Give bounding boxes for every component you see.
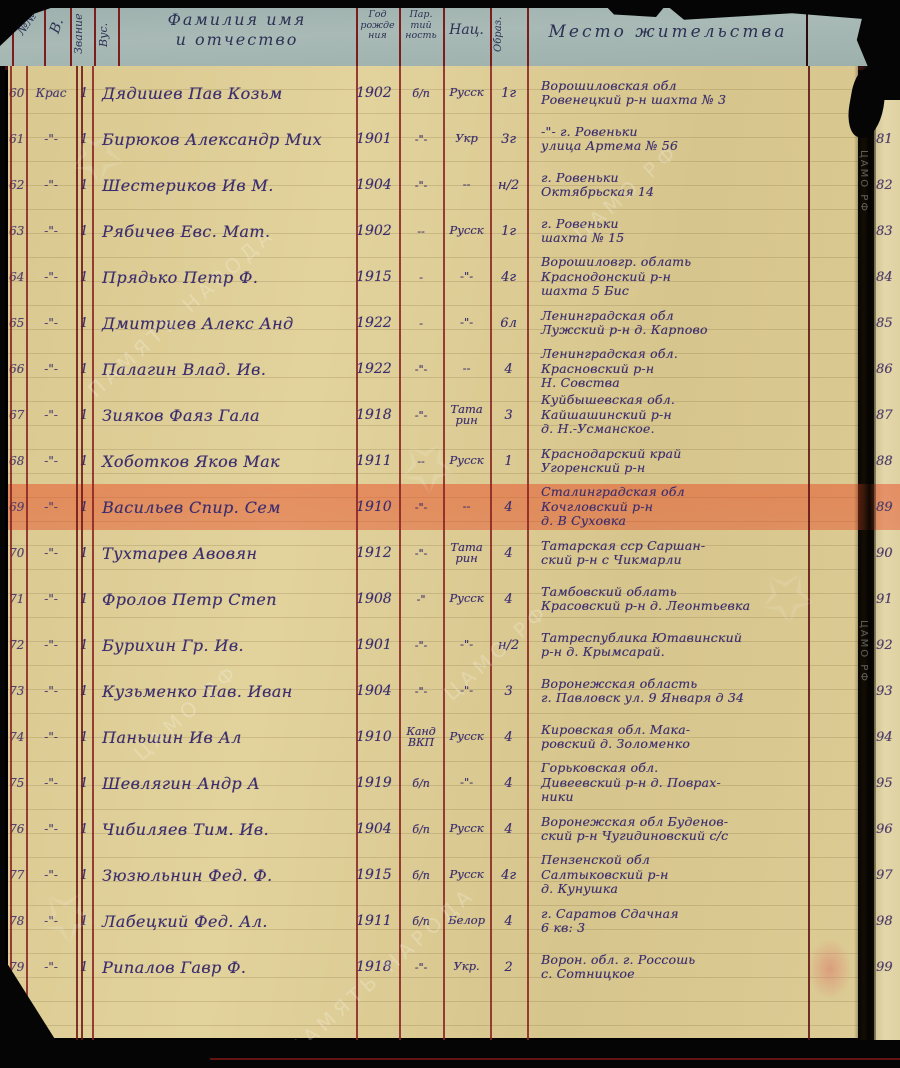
table-row: 61-"-1Бирюков Александр Мих1901-"-Укр3г-… — [8, 116, 900, 162]
cell-mark: -"- — [26, 500, 76, 514]
cell-edu: 4 — [490, 546, 527, 561]
cell-party: -"- — [399, 962, 443, 973]
cell-name: Рипалов Гавр Ф. — [92, 958, 356, 977]
cell-num: 78 — [8, 914, 26, 928]
cell-count: 1 — [76, 822, 92, 837]
cell-party: -"- — [399, 134, 443, 145]
cell-mark: Крас — [26, 86, 76, 100]
cell-nat: Тата рин — [443, 404, 490, 427]
cell-name: Тухтарев Авовян — [92, 544, 356, 563]
cell-year: 1922 — [356, 361, 399, 377]
cell-rnum: 92 — [876, 638, 900, 653]
cell-edu: 4г — [490, 868, 527, 883]
cell-num: 70 — [8, 546, 26, 560]
cell-mark: -"- — [26, 316, 76, 330]
cell-party: б/п — [399, 88, 443, 99]
cell-nat: Русск — [443, 225, 490, 237]
cell-year: 1911 — [356, 913, 399, 929]
cell-edu: 4 — [490, 822, 527, 837]
cell-res: Сталинградская обл Кочгловский р-н д. В … — [527, 485, 808, 529]
cell-year: 1908 — [356, 591, 399, 607]
cell-party: -"- — [399, 180, 443, 191]
cell-edu: 4 — [490, 592, 527, 607]
table-row: 67-"-1Зияков Фаяз Гала1918-"-Тата рин3Ку… — [8, 392, 900, 438]
cell-rnum: 90 — [876, 546, 900, 561]
cell-count: 1 — [76, 546, 92, 561]
cell-res: Краснодарский край Угоренский р-н — [527, 447, 808, 476]
cell-res: Куйбышевская обл. Кайшашинский р-н д. Н.… — [527, 393, 808, 437]
cell-mark: -"- — [26, 960, 76, 974]
cell-party: - — [399, 318, 443, 329]
cell-nat: Русск — [443, 455, 490, 467]
cell-rnum: 88 — [876, 454, 900, 469]
cell-nat: Русск — [443, 593, 490, 605]
cell-party: -"- — [399, 502, 443, 513]
cell-num: 62 — [8, 178, 26, 192]
cell-mark: -"- — [26, 132, 76, 146]
table-row: 78-"-1Лабецкий Фед. Ал.1911б/пБелор4г. С… — [8, 898, 900, 944]
header-col-nationality: Нац. — [444, 22, 489, 38]
cell-mark: -"- — [26, 868, 76, 882]
cell-edu: 6л — [490, 316, 527, 331]
cell-mark: -"- — [26, 638, 76, 652]
cell-count: 1 — [76, 914, 92, 929]
cell-count: 1 — [76, 224, 92, 239]
cell-count: 1 — [76, 270, 92, 285]
cell-name: Васильев Спир. Сем — [92, 498, 356, 517]
cell-name: Паньшин Ив Ал — [92, 728, 356, 747]
table-row: 75-"-1Шевлягин Андр А1919б/п-"-4Горьковс… — [8, 760, 900, 806]
cell-res: Ворошиловская обл Ровенецкий р-н шахта №… — [527, 79, 808, 108]
header-col-rank: Звание — [72, 8, 85, 60]
cell-count: 1 — [76, 132, 92, 147]
cell-name: Зияков Фаяз Гала — [92, 406, 356, 425]
cell-edu: 4 — [490, 730, 527, 745]
cell-rnum: 89 — [876, 500, 900, 515]
cell-year: 1904 — [356, 821, 399, 837]
cell-year: 1911 — [356, 453, 399, 469]
cell-year: 1915 — [356, 269, 399, 285]
cell-edu: 4 — [490, 362, 527, 377]
cell-mark: -"- — [26, 914, 76, 928]
cell-num: 76 — [8, 822, 26, 836]
cell-nat: Русск — [443, 869, 490, 881]
cell-num: 61 — [8, 132, 26, 146]
cell-count: 1 — [76, 86, 92, 101]
cell-num: 77 — [8, 868, 26, 882]
page-fold-crease — [854, 66, 876, 1040]
cell-year: 1904 — [356, 683, 399, 699]
cell-res: Ворон. обл. г. Россошь с. Сотницкое — [527, 953, 808, 982]
cell-year: 1910 — [356, 499, 399, 515]
table-row: 74-"-1Паньшин Ив Ал1910Канд ВКПРусск4Кир… — [8, 714, 900, 760]
cell-rnum: 98 — [876, 914, 900, 929]
cell-num: 75 — [8, 776, 26, 790]
cell-party: б/п — [399, 824, 443, 835]
cell-num: 72 — [8, 638, 26, 652]
torn-edge-bottom — [0, 1040, 900, 1068]
header-col-name: Фамилия имя и отчество — [120, 10, 354, 50]
cell-name: Лабецкий Фед. Ал. — [92, 912, 356, 931]
cell-name: Рябичев Евс. Мат. — [92, 222, 356, 241]
header-col-birth-year: Год рожде ния — [357, 10, 398, 42]
cell-name: Зюзюльнин Фед. Ф. — [92, 866, 356, 885]
cell-name: Шестериков Ив М. — [92, 176, 356, 195]
cell-mark: -"- — [26, 178, 76, 192]
cell-name: Фролов Петр Степ — [92, 590, 356, 609]
cell-count: 1 — [76, 730, 92, 745]
cell-year: 1901 — [356, 131, 399, 147]
cell-edu: н/2 — [490, 178, 527, 193]
cell-party: -"- — [399, 640, 443, 651]
cell-year: 1902 — [356, 85, 399, 101]
cell-name: Кузьменко Пав. Иван — [92, 682, 356, 701]
cell-num: 67 — [8, 408, 26, 422]
cell-nat: -"- — [443, 317, 490, 329]
cell-res: Горьковская обл. Дивеевский р-н д. Повра… — [527, 761, 808, 805]
cell-nat: -"- — [443, 271, 490, 283]
cell-res: Воронежская обл Буденов- ский р-н Чугиди… — [527, 815, 808, 844]
cell-count: 1 — [76, 684, 92, 699]
cell-year: 1904 — [356, 177, 399, 193]
cell-count: 1 — [76, 178, 92, 193]
cell-num: 68 — [8, 454, 26, 468]
table-rows: 60Крас1Дядишев Пав Козьм1902б/пРусск1гВо… — [8, 70, 900, 990]
cell-nat: Укр. — [443, 961, 490, 973]
cell-nat: Укр — [443, 133, 490, 145]
cell-num: 73 — [8, 684, 26, 698]
cell-mark: -"- — [26, 546, 76, 560]
cell-res: Воронежская область г. Павловск ул. 9 Ян… — [527, 677, 808, 706]
cell-res: Тамбовский облать Красовский р-н д. Леон… — [527, 585, 808, 614]
scanned-archive-document: { "header": { "num": "№№", "v": "В.", "z… — [0, 0, 900, 1068]
cell-year: 1901 — [356, 637, 399, 653]
cell-res: г. Саратов Сдачная 6 кв: 3 — [527, 907, 808, 936]
cell-count: 1 — [76, 776, 92, 791]
cell-rnum: 86 — [876, 362, 900, 377]
cell-mark: -"- — [26, 730, 76, 744]
cell-edu: 2 — [490, 960, 527, 975]
cell-party: -"- — [399, 548, 443, 559]
cell-rnum: 81 — [876, 132, 900, 147]
table-row: 77-"-1Зюзюльнин Фед. Ф.1915б/пРусск4гПен… — [8, 852, 900, 898]
cell-rnum: 84 — [876, 270, 900, 285]
cell-nat: Русск — [443, 731, 490, 743]
header-col-party: Пар. тий ность — [400, 10, 442, 42]
cell-rnum: 82 — [876, 178, 900, 193]
cell-party: -"- — [399, 410, 443, 421]
cell-edu: н/2 — [490, 638, 527, 653]
cell-num: 65 — [8, 316, 26, 330]
cell-party: б/п — [399, 870, 443, 881]
cell-count: 1 — [76, 362, 92, 377]
cell-res: Кировская обл. Мака- ровский д. Золоменк… — [527, 723, 808, 752]
cell-mark: -"- — [26, 362, 76, 376]
cell-mark: -"- — [26, 776, 76, 790]
cell-count: 1 — [76, 454, 92, 469]
cell-mark: -"- — [26, 822, 76, 836]
cell-party: -- — [399, 226, 443, 237]
cell-num: 60 — [8, 86, 26, 100]
cell-rnum: 94 — [876, 730, 900, 745]
cell-party: - — [399, 272, 443, 283]
cell-rnum: 97 — [876, 868, 900, 883]
table-row: 69-"-1Васильев Спир. Сем1910-"---4Сталин… — [8, 484, 900, 530]
cell-res: Ленинградская обл. Красновский р-н Н. Со… — [527, 347, 808, 391]
table-row: 76-"-1Чибиляев Тим. Ив.1904б/пРусск4Воро… — [8, 806, 900, 852]
cell-count: 1 — [76, 592, 92, 607]
cell-num: 69 — [8, 500, 26, 514]
header-col-education: Образ. — [493, 6, 504, 62]
cell-count: 1 — [76, 638, 92, 653]
cell-party: -"- — [399, 364, 443, 375]
cell-nat: -- — [443, 501, 490, 513]
cell-res: Татарская сср Саршан- ский р-н с Чикмарл… — [527, 539, 808, 568]
cell-num: 66 — [8, 362, 26, 376]
cell-res: Татреспублика Ютавинский р-н д. Крымсара… — [527, 631, 808, 660]
cell-num: 71 — [8, 592, 26, 606]
cell-res: г. Ровеньки шахта № 15 — [527, 217, 808, 246]
cell-edu: 3 — [490, 408, 527, 423]
table-row: 65-"-1Дмитриев Алекс Анд1922--"-6лЛенинг… — [8, 300, 900, 346]
cell-count: 1 — [76, 960, 92, 975]
cell-year: 1919 — [356, 775, 399, 791]
cell-edu: 3 — [490, 684, 527, 699]
table-row: 66-"-1Палагин Влад. Ив.1922-"---4Ленингр… — [8, 346, 900, 392]
cell-party: Канд ВКП — [399, 726, 443, 748]
cell-rnum: 99 — [876, 960, 900, 975]
table-row: 70-"-1Тухтарев Авовян1912-"-Тата рин4Тат… — [8, 530, 900, 576]
cell-name: Дмитриев Алекс Анд — [92, 314, 356, 333]
cell-edu: 3г — [490, 132, 527, 147]
cell-mark: -"- — [26, 592, 76, 606]
cell-name: Хоботков Яков Мак — [92, 452, 356, 471]
cell-year: 1918 — [356, 959, 399, 975]
cell-nat: Русск — [443, 87, 490, 99]
torn-edge-left — [0, 66, 5, 1046]
cell-edu: 1 — [490, 454, 527, 469]
cell-mark: -"- — [26, 270, 76, 284]
cell-edu: 4г — [490, 270, 527, 285]
cell-year: 1922 — [356, 315, 399, 331]
header-col-residence: Место жительства — [530, 22, 806, 42]
cell-count: 1 — [76, 868, 92, 883]
cell-edu: 4 — [490, 914, 527, 929]
cell-edu: 4 — [490, 776, 527, 791]
table-row: 68-"-1Хоботков Яков Мак1911--Русск1Красн… — [8, 438, 900, 484]
cell-party: б/п — [399, 916, 443, 927]
cell-res: г. Ровеньки Октябрьская 14 — [527, 171, 808, 200]
cell-edu: 4 — [490, 500, 527, 515]
cell-rnum: 83 — [876, 224, 900, 239]
cell-year: 1918 — [356, 407, 399, 423]
cell-rnum: 87 — [876, 408, 900, 423]
cell-mark: -"- — [26, 684, 76, 698]
cell-count: 1 — [76, 500, 92, 515]
cell-name: Бурихин Гр. Ив. — [92, 636, 356, 655]
cell-num: 63 — [8, 224, 26, 238]
cell-name: Прядько Петр Ф. — [92, 268, 356, 287]
cell-name: Палагин Влад. Ив. — [92, 360, 356, 379]
table-row: 64-"-1Прядько Петр Ф.1915--"-4гВорошилов… — [8, 254, 900, 300]
cell-rnum: 95 — [876, 776, 900, 791]
cell-num: 64 — [8, 270, 26, 284]
header-col-vus: Вус. — [97, 10, 110, 60]
cell-rnum: 91 — [876, 592, 900, 607]
cell-nat: Белор — [443, 915, 490, 927]
cell-year: 1915 — [356, 867, 399, 883]
cell-party: -- — [399, 456, 443, 467]
cell-res: -"- г. Ровеньки улица Артема № 56 — [527, 125, 808, 154]
cell-nat: -"- — [443, 639, 490, 651]
cell-mark: -"- — [26, 224, 76, 238]
table-row: 72-"-1Бурихин Гр. Ив.1901-"--"-н/2Татрес… — [8, 622, 900, 668]
table-row: 71-"-1Фролов Петр Степ1908-"Русск4Тамбов… — [8, 576, 900, 622]
table-row: 79-"-1Рипалов Гавр Ф.1918-"-Укр.2Ворон. … — [8, 944, 900, 990]
table-row: 73-"-1Кузьменко Пав. Иван1904-"--"-3Воро… — [8, 668, 900, 714]
cell-nat: -- — [443, 179, 490, 191]
cell-name: Чибиляев Тим. Ив. — [92, 820, 356, 839]
cell-nat: -"- — [443, 777, 490, 789]
table-row: 60Крас1Дядишев Пав Козьм1902б/пРусск1гВо… — [8, 70, 900, 116]
cell-nat: -- — [443, 363, 490, 375]
cell-nat: Тата рин — [443, 542, 490, 565]
cell-edu: 1г — [490, 86, 527, 101]
cell-count: 1 — [76, 316, 92, 331]
cell-nat: -"- — [443, 685, 490, 697]
cell-count: 1 — [76, 408, 92, 423]
cell-name: Дядишев Пав Козьм — [92, 84, 356, 103]
cell-party: -"- — [399, 686, 443, 697]
table-row: 62-"-1Шестериков Ив М.1904-"---н/2г. Ров… — [8, 162, 900, 208]
cell-rnum: 93 — [876, 684, 900, 699]
cell-rnum: 96 — [876, 822, 900, 837]
cell-year: 1910 — [356, 729, 399, 745]
cell-res: Ленинградская обл Лужский р-н д. Карпово — [527, 309, 808, 338]
cell-party: б/п — [399, 778, 443, 789]
cell-rnum: 85 — [876, 316, 900, 331]
cell-name: Бирюков Александр Мих — [92, 130, 356, 149]
cell-mark: -"- — [26, 454, 76, 468]
cell-party: -" — [399, 594, 443, 605]
cell-edu: 1г — [490, 224, 527, 239]
table-row: 63-"-1Рябичев Евс. Мат.1902--Русск1гг. Р… — [8, 208, 900, 254]
cell-nat: Русск — [443, 823, 490, 835]
bottom-rule-line — [210, 1058, 900, 1060]
cell-res: Ворошиловгр. облать Краснодонский р-н ша… — [527, 255, 808, 299]
cell-mark: -"- — [26, 408, 76, 422]
cell-res: Пензенской обл Салтыковский р-н д. Кунуш… — [527, 853, 808, 897]
cell-year: 1902 — [356, 223, 399, 239]
cell-num: 74 — [8, 730, 26, 744]
cell-year: 1912 — [356, 545, 399, 561]
cell-name: Шевлягин Андр А — [92, 774, 356, 793]
